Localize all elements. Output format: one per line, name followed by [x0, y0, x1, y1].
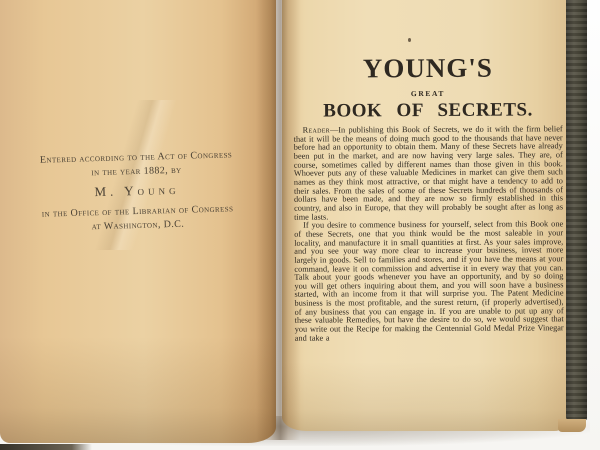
cover-corner-bottom-left — [0, 444, 92, 450]
second-paragraph: If you desire to commence business for y… — [294, 221, 564, 344]
page-block-edge — [558, 419, 586, 432]
title-page-text: YOUNG'S GREAT BOOK OF SECRETS. Reader—In… — [293, 53, 564, 343]
book-title: YOUNG'S — [293, 53, 562, 82]
intro-paragraph-text: —In publishing this Book of Secrets, we … — [294, 124, 563, 221]
book-photo: Entered according to the Act of Congress… — [0, 0, 600, 450]
book-subtitle: GREAT — [293, 88, 562, 98]
ink-speck — [408, 38, 411, 42]
intro-paragraph: Reader—In publishing this Book of Secret… — [294, 125, 563, 222]
copyright-block: Entered according to the Act of Congress… — [24, 148, 250, 235]
cover-edge — [566, 0, 587, 421]
author-name: M. Young — [25, 180, 249, 201]
book-heading: BOOK OF SECRETS. — [293, 100, 562, 121]
